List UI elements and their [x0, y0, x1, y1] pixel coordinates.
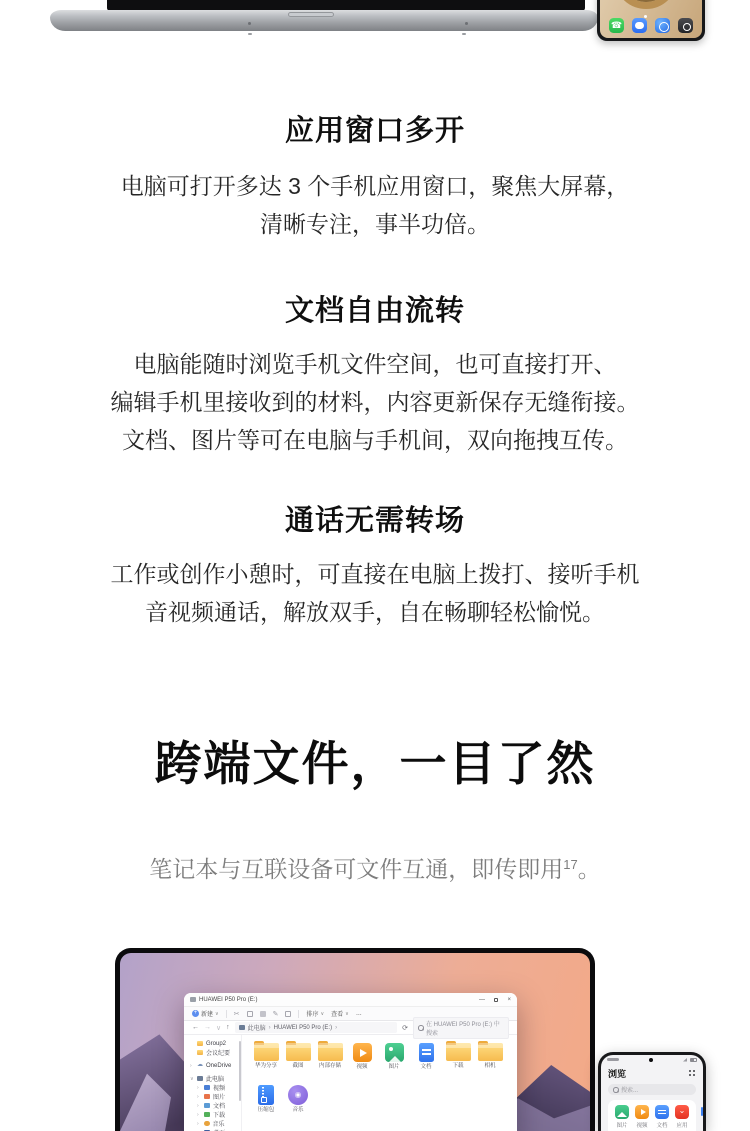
laptop-base	[50, 10, 598, 31]
footnote-ref: 17	[563, 857, 577, 872]
section-title: 通话无需转场	[0, 501, 750, 541]
breadcrumb: 此电脑 › HUAWEI P50 Pro (E:) ›	[235, 1022, 398, 1033]
sidebar-label: 下载	[213, 1110, 225, 1119]
sidebar-label: 音乐	[213, 1119, 225, 1128]
section-title: 应用窗口多开	[0, 111, 750, 151]
chevron-down-icon: ∨	[190, 1076, 194, 1082]
file-item: 下载	[442, 1041, 474, 1079]
pictures-category-icon	[615, 1105, 629, 1119]
breadcrumb-separator: ›	[335, 1025, 337, 1031]
toolbar-divider	[226, 1010, 227, 1018]
pictures-icon	[204, 1094, 210, 1099]
category-item: 图片	[615, 1105, 629, 1129]
minimize-icon: —	[479, 997, 485, 1003]
feature-subtitle-text: 笔记本与互联设备可文件互通，即传即用	[149, 856, 563, 882]
sidebar-label: 此电脑	[206, 1074, 224, 1083]
hero-devices-image	[0, 0, 750, 95]
breadcrumb-separator: ›	[269, 1025, 271, 1031]
sidebar-item-pictures: › 图片	[190, 1092, 241, 1101]
section-calls: 通话无需转场 工作或创作小憩时，可直接在电脑上拨打、接听手机 音视频通话，解放双…	[0, 501, 750, 631]
phone-statusbar	[601, 1055, 703, 1065]
browse-search-bar: 搜索...	[608, 1084, 696, 1095]
folder-icon	[446, 1043, 471, 1061]
close-icon: ×	[507, 997, 511, 1003]
phone-screen: 浏览 搜索... 图片 视频 文档	[601, 1055, 703, 1131]
phone-bottom-image	[597, 0, 705, 41]
folder-icon	[197, 1050, 203, 1055]
sort-button: 排序 ∨	[306, 1009, 324, 1018]
camera-punch-hole	[649, 1058, 653, 1062]
sidebar-item-group2: Group2	[190, 1039, 241, 1048]
phone-app-icon	[609, 18, 624, 33]
sidebar-label: 会议纪要	[206, 1048, 230, 1057]
apps-category-icon	[675, 1105, 689, 1119]
zip-file-icon	[258, 1085, 274, 1105]
file-label: 下载	[442, 1063, 474, 1070]
new-button: + 新建 ∨	[192, 1009, 219, 1018]
search-icon	[613, 1087, 618, 1092]
category-label: 图片	[615, 1121, 629, 1129]
document-file-icon	[419, 1043, 434, 1062]
laptop-foot	[462, 33, 466, 35]
file-item: 相机	[474, 1041, 506, 1079]
laptop-image: HUAWEI P50 Pro (E:) — × + 新建 ∨ ✂	[115, 948, 595, 1131]
file-item: 华为分享	[250, 1041, 282, 1079]
camera-app-icon	[678, 18, 693, 33]
section-body: 工作或创作小憩时，可直接在电脑上拨打、接听手机 音视频通话，解放双手，自在畅聊轻…	[0, 555, 750, 631]
file-label: 压缩包	[250, 1107, 282, 1114]
more-icon: …	[356, 1011, 362, 1017]
search-placeholder: 在 HUAWEI P50 Pro (E:) 中搜索	[426, 1019, 504, 1037]
phone-dock	[609, 18, 693, 33]
section-app-windows: 应用窗口多开 电脑可打开多达 3 个手机应用窗口，聚焦大屏幕， 清晰专注，事半功…	[0, 111, 750, 243]
cloud-icon: ☁	[197, 1063, 203, 1068]
view-label: 查看	[331, 1009, 343, 1018]
sidebar-label: Group2	[206, 1041, 226, 1047]
sidebar-item-this-pc: ∨ 此电脑	[190, 1074, 241, 1083]
sidebar-item-music: › 音乐	[190, 1119, 241, 1128]
sidebar-item-onedrive: › ☁ OneDrive	[190, 1061, 241, 1070]
laptop-base-dot	[465, 22, 468, 25]
grid-view-icon	[689, 1070, 696, 1077]
chevron-right-icon: ›	[197, 1085, 201, 1091]
file-label: 相机	[474, 1063, 506, 1070]
new-label: 新建	[201, 1009, 213, 1018]
refresh-icon: ⟳	[402, 1024, 408, 1032]
back-icon: ←	[192, 1024, 199, 1031]
battery-icon	[690, 1058, 697, 1062]
explorer-sidebar: Group2 会议纪要 › ☁ OneDrive	[184, 1035, 242, 1131]
toolbar-divider	[298, 1010, 299, 1018]
file-label: 音乐	[282, 1107, 314, 1114]
browse-title: 浏览	[608, 1067, 626, 1080]
explorer-file-grid: 华为分享 截图 内部存储	[242, 1035, 517, 1131]
signal-icon	[683, 1058, 687, 1062]
section-title: 文档自由流转	[0, 291, 750, 331]
laptop-foot	[248, 33, 252, 35]
file-item: 文档	[410, 1041, 442, 1079]
file-explorer-window: HUAWEI P50 Pro (E:) — × + 新建 ∨ ✂	[184, 993, 517, 1131]
sort-label: 排序	[306, 1009, 318, 1018]
feature-subtitle-end: 。	[578, 856, 601, 882]
category-label: 视频	[635, 1121, 649, 1129]
explorer-addressbar: ← → ∨ ↑ 此电脑 › HUAWEI P50 Pro (E:) › ⟳ 在 …	[184, 1021, 517, 1035]
paste-icon	[260, 1011, 266, 1017]
folder-icon	[254, 1043, 279, 1061]
sidebar-item-videos: › 视频	[190, 1083, 241, 1092]
file-item: 视频	[346, 1041, 378, 1079]
forward-icon: →	[204, 1024, 211, 1031]
sidebar-label: 文档	[213, 1101, 225, 1110]
chevron-down-icon: ∨	[215, 1011, 219, 1017]
copy-icon	[247, 1011, 253, 1017]
videos-icon	[204, 1085, 210, 1090]
category-label: 应用	[675, 1121, 689, 1129]
breadcrumb-current: HUAWEI P50 Pro (E:)	[274, 1025, 332, 1031]
file-item: 压缩包	[250, 1083, 282, 1121]
view-button: 查看 ∨	[331, 1009, 349, 1018]
breadcrumb-root: 此电脑	[248, 1023, 266, 1032]
video-file-icon	[353, 1043, 372, 1062]
file-item: 内部存储	[314, 1041, 346, 1079]
downloads-icon	[204, 1112, 210, 1117]
chevron-down-icon: ∨	[345, 1011, 349, 1017]
this-pc-icon	[197, 1076, 203, 1081]
feature-headline: 跨端文件，一目了然	[0, 731, 750, 797]
sidebar-scrollbar	[239, 1041, 241, 1101]
music-icon	[204, 1121, 210, 1127]
folder-icon	[318, 1043, 343, 1061]
section-body: 电脑可打开多达 3 个手机应用窗口，聚焦大屏幕， 清晰专注，事半功倍。	[0, 167, 750, 243]
section-document-flow: 文档自由流转 电脑能随时浏览手机文件空间，也可直接打开、 编辑手机里接收到的材料…	[0, 291, 750, 459]
wallpaper-ring	[614, 0, 678, 9]
up-icon: ↑	[226, 1024, 230, 1031]
search-placeholder: 搜索...	[621, 1085, 638, 1094]
sidebar-label: 图片	[213, 1092, 225, 1101]
explorer-titlebar: HUAWEI P50 Pro (E:) — ×	[184, 993, 517, 1006]
category-label: 文档	[655, 1121, 669, 1129]
showcase-devices-image: HUAWEI P50 Pro (E:) — × + 新建 ∨ ✂	[0, 948, 750, 1131]
rename-icon: ✎	[273, 1010, 279, 1018]
file-label: 图片	[378, 1064, 410, 1071]
sidebar-item-pinned: 会议纪要	[190, 1048, 241, 1057]
image-file-icon	[385, 1043, 404, 1062]
browse-header: 浏览	[601, 1065, 703, 1080]
chevron-down-icon: ∨	[320, 1011, 324, 1017]
browser-app-icon	[655, 18, 670, 33]
sidebar-label: 视频	[213, 1083, 225, 1092]
chevron-right-icon: ›	[197, 1094, 201, 1100]
folder-icon	[478, 1043, 503, 1061]
phone-wallpaper	[600, 0, 702, 38]
feature-subtitle: 笔记本与互联设备可文件互通，即传即用17。	[0, 847, 750, 887]
file-item: 图片	[378, 1041, 410, 1079]
browse-categories-card: 图片 视频 文档 应用	[608, 1100, 696, 1131]
section-body: 电脑能随时浏览手机文件空间，也可直接打开、 编辑手机里接收到的材料，内容更新保存…	[0, 345, 750, 459]
chevron-right-icon: ›	[197, 1121, 201, 1127]
laptop-base-dot	[248, 22, 251, 25]
file-item: 截图	[282, 1041, 314, 1079]
window-controls: — ×	[479, 997, 511, 1003]
file-label: 内部存储	[314, 1063, 346, 1070]
folder-icon	[197, 1041, 203, 1046]
category-item: 应用	[675, 1105, 689, 1129]
laptop-hinge-notch	[288, 12, 334, 17]
messages-app-icon	[632, 18, 647, 33]
music-disc-icon	[288, 1085, 308, 1105]
videos-category-icon	[635, 1105, 649, 1119]
sidebar-item-downloads: › 下载	[190, 1110, 241, 1119]
file-label: 文档	[410, 1064, 442, 1071]
category-item: 视频	[635, 1105, 649, 1129]
maximize-icon	[494, 998, 499, 1003]
recent-icon: ∨	[216, 1024, 221, 1032]
chevron-right-icon: ›	[197, 1103, 201, 1109]
phone-browse-image: 浏览 搜索... 图片 视频 文档	[598, 1052, 706, 1131]
documents-category-icon	[655, 1105, 669, 1119]
plus-icon: +	[192, 1010, 199, 1017]
file-label: 华为分享	[250, 1063, 282, 1070]
laptop-wallpaper: HUAWEI P50 Pro (E:) — × + 新建 ∨ ✂	[120, 953, 590, 1131]
category-item: 文档	[655, 1105, 669, 1129]
search-icon	[418, 1025, 423, 1030]
file-item: 音乐	[282, 1083, 314, 1121]
status-time-blur	[607, 1058, 619, 1061]
this-pc-icon	[239, 1025, 245, 1030]
chevron-right-icon: ›	[190, 1063, 194, 1069]
file-label: 视频	[346, 1064, 378, 1071]
window-title: HUAWEI P50 Pro (E:)	[199, 997, 257, 1003]
cut-icon: ✂	[234, 1010, 240, 1018]
documents-icon	[204, 1103, 210, 1108]
delete-icon	[285, 1011, 291, 1017]
sidebar-label: OneDrive	[206, 1063, 231, 1069]
sidebar-item-documents: › 文档	[190, 1101, 241, 1110]
scroll-indicator	[701, 1107, 703, 1116]
folder-icon	[286, 1043, 311, 1061]
chevron-right-icon: ›	[197, 1112, 201, 1118]
drive-icon	[190, 997, 196, 1002]
file-label: 截图	[282, 1063, 314, 1070]
